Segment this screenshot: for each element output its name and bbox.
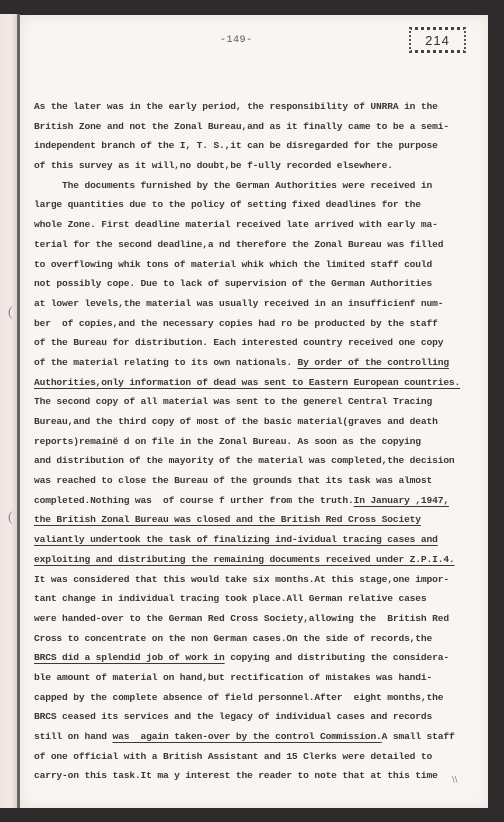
text-segment: ble amount of material on hand,but recti… [34,672,432,683]
text-segment: Cross to concentrate on the non German c… [34,633,432,644]
text-line: exploiting and distributing the remainin… [34,550,474,570]
text-line: still on hand was again taken-over by th… [34,727,474,747]
text-segment: A small staff [382,731,455,742]
archive-stamp-number: 214 [425,33,450,48]
text-line: of one official with a British Assistant… [34,747,474,767]
text-segment: whole Zone. First deadline material rece… [34,219,438,230]
text-line: the British Zonal Bureau was closed and … [34,510,474,530]
text-segment: BRCS ceased its services and the legacy … [34,711,432,722]
text-line: valiantly undertook the task of finalizi… [34,530,474,550]
text-line: Authorities,only information of dead was… [34,373,474,393]
text-segment: to overflowing whik tons of material whi… [34,259,432,270]
text-segment: at lower levels,the material was usually… [34,298,443,309]
text-segment: large quantities due to the policy of se… [34,199,421,210]
underlined-text-segment: By order of the controlling [298,357,449,368]
text-segment: terial for the second deadline,a nd ther… [34,239,443,250]
text-segment: tant change in individual tracing took p… [34,593,427,604]
text-line: independent branch of the I, T. S.,it ca… [34,136,474,156]
text-line: was reached to close the Bureau of the g… [34,471,474,491]
text-segment: It was considered that this would take s… [34,574,449,585]
underlined-text-segment: was again taken-over by the control Comm… [113,731,382,742]
text-segment: capped by the complete absence of field … [34,692,443,703]
text-line: Bureau,and the third copy of most of the… [34,412,474,432]
punch-hole-mark-icon: ( [8,510,13,526]
text-segment: still on hand [34,731,113,742]
underlined-text-segment: the British Zonal Bureau was closed and … [34,514,421,525]
text-segment: As the later was in the early period, th… [34,101,438,112]
text-segment: were handed-over to the German Red Cross… [34,613,449,624]
text-line: capped by the complete absence of field … [34,688,474,708]
punch-hole-mark-icon: ( [8,305,13,321]
text-line: and distribution of the mayority of the … [34,451,474,471]
text-line: not possibly cope. Due to lack of superv… [34,274,474,294]
text-segment: independent branch of the I, T. S.,it ca… [34,140,438,151]
text-segment: of the material relating to its own nati… [34,357,298,368]
text-line: carry-on this task.It ma y interest the … [34,766,474,786]
text-line: at lower levels,the material was usually… [34,294,474,314]
text-segment: The second copy of all material was sent… [34,396,432,407]
text-line: reports)remainë d on file in the Zonal B… [34,432,474,452]
text-line: terial for the second deadline,a nd ther… [34,235,474,255]
text-segment: of this survey as it will,no doubt,be f-… [34,160,393,171]
document-body-text: As the later was in the early period, th… [34,97,474,786]
text-segment: and distribution of the mayority of the … [34,455,455,466]
underlined-text-segment: BRCS did a splendid job of work in [34,652,225,663]
text-segment: not possibly cope. Due to lack of superv… [34,278,432,289]
text-line: tant change in individual tracing took p… [34,589,474,609]
text-line: of the material relating to its own nati… [34,353,474,373]
text-line: of the Bureau for distribution. Each int… [34,333,474,353]
text-line: ber of copies,and the necessary copies h… [34,314,474,334]
text-line: BRCS ceased its services and the legacy … [34,707,474,727]
text-segment: The documents furnished by the German Au… [34,180,432,191]
previous-page-edge [0,14,18,808]
text-segment: carry-on this task.It ma y interest the … [34,770,438,781]
scanned-document-viewer: -149- 214 ( ( \\ As the later was in the… [0,0,504,822]
underlined-text-segment: exploiting and distributing the remainin… [34,554,455,565]
underlined-text-segment: valiantly undertook the task of finalizi… [34,534,438,545]
text-segment: British Zone and not the Zonal Bureau,an… [34,121,449,132]
text-line: completed.Nothing was of course f urther… [34,491,474,511]
text-segment: was reached to close the Bureau of the g… [34,475,432,486]
text-line: whole Zone. First deadline material rece… [34,215,474,235]
text-line: British Zone and not the Zonal Bureau,an… [34,117,474,137]
text-segment: of the Bureau for distribution. Each int… [34,337,443,348]
text-line: to overflowing whik tons of material whi… [34,255,474,275]
text-line: of this survey as it will,no doubt,be f-… [34,156,474,176]
text-segment: completed.Nothing was of course f urther… [34,495,354,506]
text-line: large quantities due to the policy of se… [34,195,474,215]
text-segment: reports)remainë d on file in the Zonal B… [34,436,421,447]
text-line: It was considered that this would take s… [34,570,474,590]
text-line: were handed-over to the German Red Cross… [34,609,474,629]
page-folio-number: -149- [220,35,253,46]
text-line: ble amount of material on hand,but recti… [34,668,474,688]
text-line: As the later was in the early period, th… [34,97,474,117]
text-segment: ber of copies,and the necessary copies h… [34,318,438,329]
archive-stamp-box: 214 [409,27,466,53]
typewritten-page: -149- 214 ( ( \\ As the later was in the… [20,15,488,808]
text-line: The documents furnished by the German Au… [34,176,474,196]
text-line: BRCS did a splendid job of work in copyi… [34,648,474,668]
text-segment: copying and distributing the considera- [225,652,449,663]
underlined-text-segment: In January ,1947, [354,495,449,506]
text-segment: Bureau,and the third copy of most of the… [34,416,438,427]
text-line: The second copy of all material was sent… [34,392,474,412]
text-segment: of one official with a British Assistant… [34,751,432,762]
underlined-text-segment: Authorities,only information of dead was… [34,377,460,388]
text-line: Cross to concentrate on the non German c… [34,629,474,649]
